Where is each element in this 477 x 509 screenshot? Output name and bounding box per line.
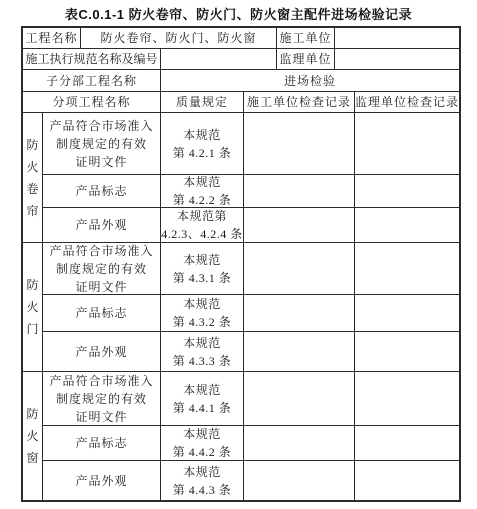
entry-inspection-label: 进场检验 (161, 70, 459, 92)
col-header-item: 分项工程名称 (23, 92, 161, 113)
quality-cell: 本规范第 4.2.3、4.2.4 条 (161, 208, 244, 243)
item-cell: 产品标志 (43, 295, 161, 332)
construction-check-cell (244, 332, 355, 372)
construction-check-cell (244, 372, 355, 426)
item-cell: 产品标志 (43, 426, 161, 461)
subpart-name-label: 子分部工程名称 (23, 70, 161, 92)
supervision-check-cell (355, 175, 459, 208)
info-row-spec: 施工执行规范名称及编号 监理单位 (23, 49, 459, 70)
project-name-value: 防火卷帘、防火门、防火窗 (81, 28, 277, 49)
group-label-fire-door: 防火门 (23, 243, 43, 372)
construction-unit-value (335, 28, 459, 49)
item-cell: 产品标志 (43, 175, 161, 208)
supervision-check-cell (355, 113, 459, 175)
item-cell: 产品外观 (43, 332, 161, 372)
quality-cell: 本规范 第 4.3.3 条 (161, 332, 244, 372)
project-name-label: 工程名称 (23, 28, 81, 49)
spec-name-label: 施工执行规范名称及编号 (23, 49, 161, 70)
construction-check-cell (244, 426, 355, 461)
col-header-quality: 质量规定 (161, 92, 244, 113)
construction-unit-label: 施工单位 (277, 28, 335, 49)
column-header-row: 分项工程名称 质量规定 施工单位检查记录 监理单位检查记录 (23, 92, 459, 113)
construction-check-cell (244, 175, 355, 208)
inspection-record-table: 工程名称 防火卷帘、防火门、防火窗 施工单位 施工执行规范名称及编号 监理单位 … (21, 26, 461, 502)
info-row-project: 工程名称 防火卷帘、防火门、防火窗 施工单位 (23, 28, 459, 49)
quality-cell: 本规范 第 4.3.1 条 (161, 243, 244, 295)
supervision-check-cell (355, 426, 459, 461)
quality-cell: 本规范 第 4.4.2 条 (161, 426, 244, 461)
supervision-unit-value (335, 49, 459, 70)
group-label-fire-shutter: 防火卷帘 (23, 113, 43, 243)
supervision-check-cell (355, 372, 459, 426)
construction-check-cell (244, 243, 355, 295)
supervision-check-cell (355, 332, 459, 372)
supervision-check-cell (355, 208, 459, 243)
quality-cell: 本规范 第 4.2.2 条 (161, 175, 244, 208)
spec-name-value (161, 49, 277, 70)
supervision-unit-label: 监理单位 (277, 49, 335, 70)
construction-check-cell (244, 113, 355, 175)
quality-cell: 本规范 第 4.3.2 条 (161, 295, 244, 332)
info-row-subpart: 子分部工程名称 进场检验 (23, 70, 459, 92)
quality-cell: 本规范 第 4.2.1 条 (161, 113, 244, 175)
supervision-check-cell (355, 243, 459, 295)
item-cell: 产品符合市场准入 制度规定的有效 证明文件 (43, 113, 161, 175)
item-cell: 产品外观 (43, 208, 161, 243)
construction-check-cell (244, 461, 355, 500)
construction-check-cell (244, 295, 355, 332)
supervision-check-cell (355, 295, 459, 332)
supervision-check-cell (355, 461, 459, 500)
col-header-construction-check: 施工单位检查记录 (244, 92, 355, 113)
table-title: 表C.0.1-1 防火卷帘、防火门、防火窗主配件进场检验记录 (0, 4, 477, 23)
inspection-data-grid: 防火卷帘 防火门 防火窗 产品符合市场准入 制度规定的有效 证明文件 本规范 第… (23, 113, 459, 500)
group-label-fire-window: 防火窗 (23, 372, 43, 500)
col-header-supervision-check: 监理单位检查记录 (355, 92, 459, 113)
item-cell: 产品符合市场准入 制度规定的有效 证明文件 (43, 372, 161, 426)
item-cell: 产品外观 (43, 461, 161, 500)
quality-cell: 本规范 第 4.4.3 条 (161, 461, 244, 500)
document-page: 表C.0.1-1 防火卷帘、防火门、防火窗主配件进场检验记录 工程名称 防火卷帘… (0, 0, 477, 509)
item-cell: 产品符合市场准入 制度规定的有效 证明文件 (43, 243, 161, 295)
quality-cell: 本规范 第 4.4.1 条 (161, 372, 244, 426)
construction-check-cell (244, 208, 355, 243)
